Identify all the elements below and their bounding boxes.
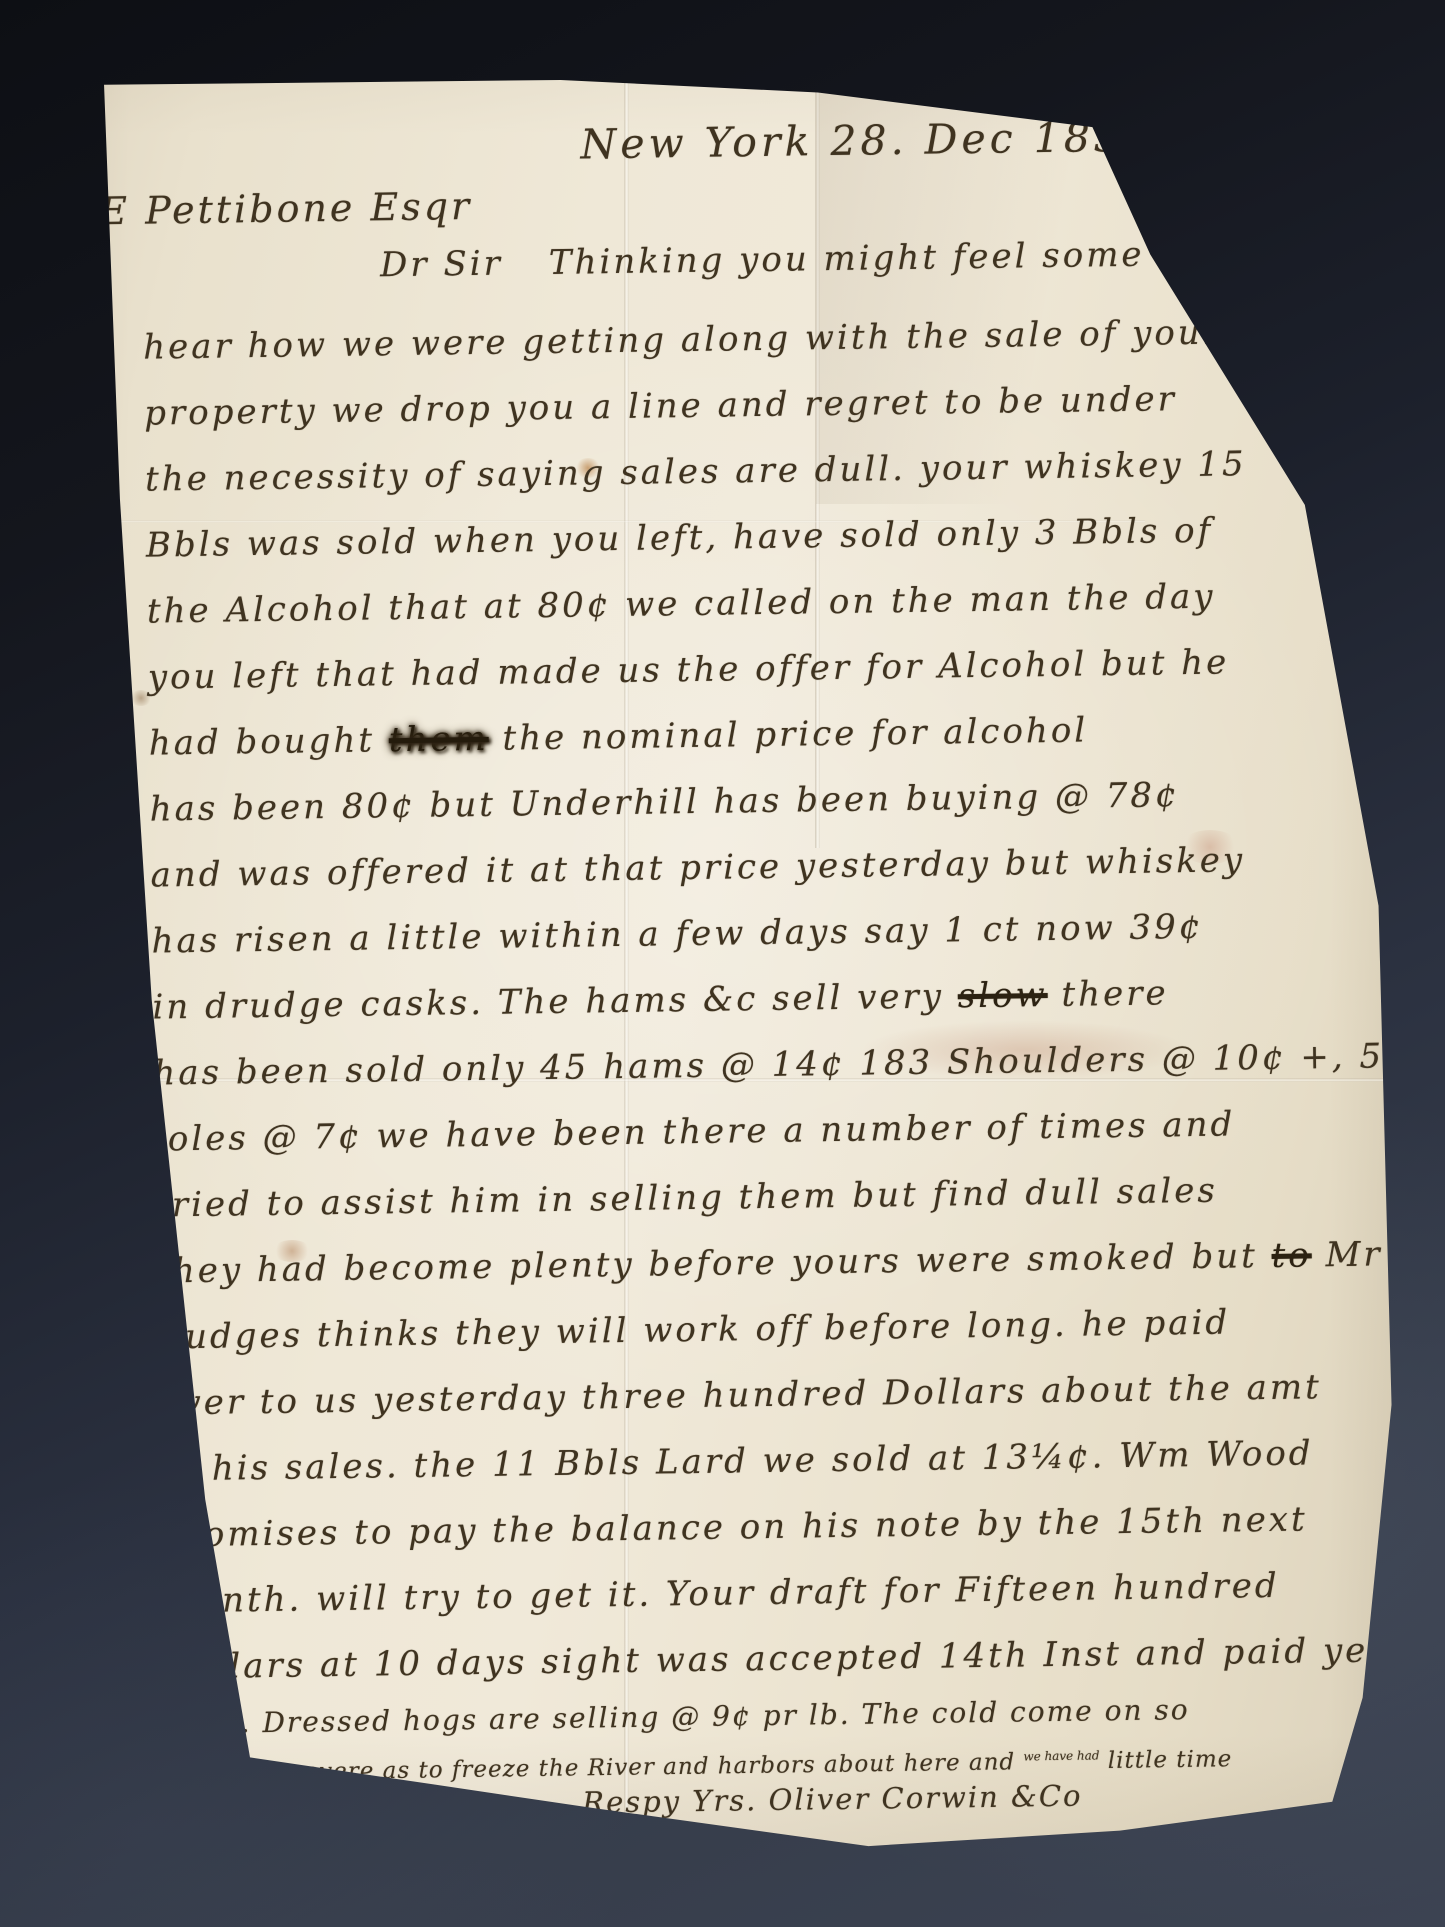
inserted-word: we have had — [1023, 1748, 1099, 1763]
struck-word: them — [389, 719, 489, 760]
line-text: had bought — [149, 720, 390, 763]
letter-text: New York 28. Dec 1838 E Pettibone Esqr D… — [140, 110, 1389, 1829]
line-text: the nominal price for alcohol — [488, 710, 1088, 758]
line-text: they had become plenty before yours were… — [156, 1236, 1272, 1292]
line-text: Mr — [1311, 1234, 1382, 1275]
line-text: in drudge casks. The hams &c sell very — [152, 976, 958, 1027]
line-text: little time — [1099, 1746, 1232, 1774]
struck-word: slow — [958, 975, 1048, 1016]
photo-background: { "photo": { "background_top_color": "#1… — [0, 0, 1445, 1927]
letter-salutation: Dr Sir — [380, 244, 503, 286]
line-text: there — [1047, 973, 1168, 1015]
struck-word: to — [1271, 1235, 1312, 1276]
letter-closing-signature: Respy Yrs. Oliver Corwin &Co — [582, 1776, 1083, 1823]
